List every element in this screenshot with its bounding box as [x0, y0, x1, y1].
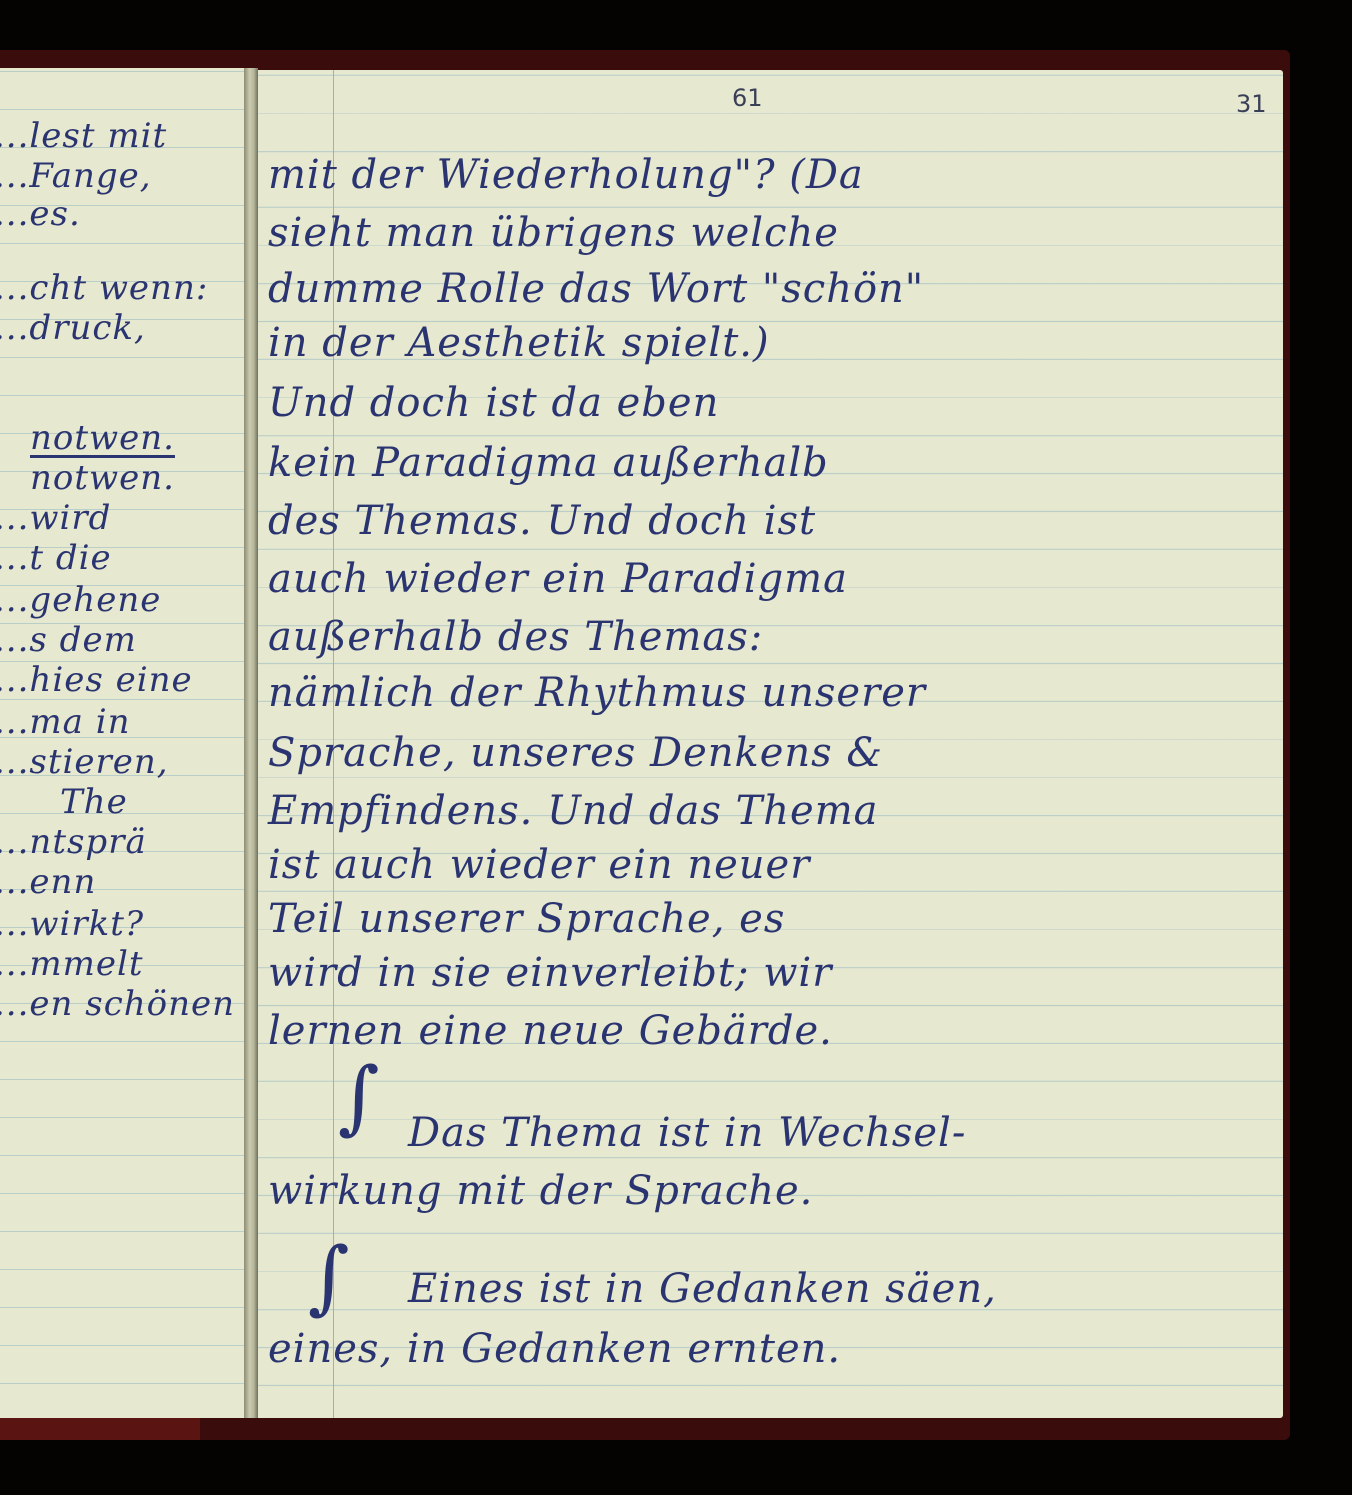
left-fragment: ...ntsprä	[0, 822, 147, 862]
left-fragment: ...cht wenn:	[0, 268, 208, 308]
page-number-corner: 31	[1236, 90, 1267, 118]
text-line: ist auch wieder ein neuer	[268, 842, 810, 888]
left-fragment: ...es.	[0, 194, 81, 234]
left-fragment: ...druck,	[0, 308, 146, 348]
text-line: wirkung mit der Sprache.	[268, 1168, 813, 1214]
text-line: kein Paradigma außerhalb	[268, 440, 829, 486]
text-line: Eines ist in Gedanken säen,	[408, 1266, 997, 1312]
left-fragment: ...s dem	[0, 620, 137, 660]
notebook-cover-edge	[0, 1418, 200, 1440]
text-line: in der Aesthetik spielt.)	[268, 320, 770, 366]
left-fragment: The	[60, 782, 128, 822]
text-line: Sprache, unseres Denkens &	[268, 730, 883, 776]
text-line: auch wieder ein Paradigma	[268, 556, 848, 602]
text-line: sieht man übrigens welche	[268, 210, 839, 256]
text-line: mit der Wiederholung"? (Da	[268, 152, 864, 198]
page-number-center: 61	[732, 84, 763, 112]
text-line: Empfindens. Und das Thema	[268, 788, 878, 834]
left-fragment: notwen.	[30, 458, 175, 498]
text-line: wird in sie einverleibt; wir	[268, 950, 832, 996]
text-line: außerhalb des Themas:	[268, 614, 763, 660]
text-line: des Themas. Und doch ist	[268, 498, 816, 544]
text-line: nämlich der Rhythmus unserer	[268, 670, 926, 716]
left-fragment: ...en schönen	[0, 984, 235, 1024]
text-line: Das Thema ist in Wechsel-	[408, 1110, 966, 1156]
text-line: eines, in Gedanken ernten.	[268, 1326, 841, 1372]
text-line: Teil unserer Sprache, es	[268, 896, 785, 942]
notebook-gutter	[244, 68, 258, 1418]
left-fragment: ...t die	[0, 538, 112, 578]
left-fragment: ...gehene	[0, 580, 161, 620]
left-fragment: ...mmelt	[0, 944, 144, 984]
text-line: Und doch ist da eben	[268, 380, 719, 426]
left-fragment: ...wird	[0, 498, 111, 538]
section-mark: ∫	[308, 1230, 350, 1323]
left-fragment: ...enn	[0, 862, 96, 902]
left-fragment: ...ma in	[0, 702, 131, 742]
left-fragment: ...wirkt?	[0, 904, 144, 944]
left-fragment: ...Fange,	[0, 156, 152, 196]
left-fragment: ...lest mit	[0, 116, 167, 156]
right-page: 61 31 mit der Wiederholung"? (Da sieht m…	[258, 70, 1283, 1418]
text-line: dumme Rolle das Wort "schön"	[268, 266, 924, 312]
section-mark: ∫	[338, 1050, 380, 1143]
left-page: ...lest mit ...Fange, ...es. ...cht wenn…	[0, 68, 244, 1418]
text-line: lernen eine neue Gebärde.	[268, 1008, 833, 1054]
left-fragment: ...stieren,	[0, 742, 169, 782]
left-fragment: ...hies eine	[0, 660, 193, 700]
left-fragment-underlined: notwen.	[30, 418, 175, 458]
